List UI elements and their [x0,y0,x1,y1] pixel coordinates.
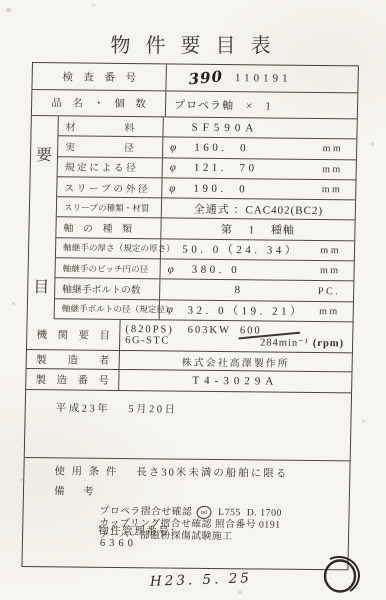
phi-symbol: φ [170,162,176,174]
spec-value: 第 1 種軸 [161,221,354,239]
manufacturer-label: 製 造 者 [27,350,120,369]
spec-row-label: 軸継手ボルトの径（規定径） [55,299,160,319]
issue-date-section: 平成23年 5月20日 [25,390,351,461]
management-number-value: 6360 [100,538,137,549]
inspection-number-cell: 390 110191 [166,64,358,92]
spec-side-label-bottom: 目 [33,274,49,297]
spec-rows: 材 料 SF590A 実 径 φ 160. 0 mm 規 定 に よ る 径 φ [55,116,357,322]
spec-value: 全通式 ：CAC402(BC2) [162,200,355,218]
spec-row-label: 軸継手ボルトの数 [55,279,160,299]
engine-model: 6G-STC [125,335,170,347]
spec-row-label: 軸継手の厚さ（規定の厚さ） [56,238,161,258]
hand-drawn-circle-stamp [316,547,372,599]
unit-label: mm [322,184,356,195]
scan-speck [362,420,365,423]
engine-spec-label: 機 関 要 目 [27,319,121,350]
scan-speck [92,4,95,6]
spec-row-label: 規 定 に よ る 径 [58,157,163,177]
item-name-row: 品 名 ・ 個 数 プロペラ軸 × 1 [32,90,357,119]
handwritten-date: H23. 5. 25 [150,570,252,590]
scan-speck [238,591,242,594]
spec-side-label-top: 要 [36,142,52,165]
engine-spec-row: 機 関 要 目 (820PS) 603KW 600 6G-STC 284min⁻… [27,319,353,353]
handwritten-inspection-number: 390 [188,67,224,88]
spec-row-label: 実 径 [58,137,163,157]
engine-rpm-value: 284min⁻¹ [260,337,309,349]
management-number-line: 物件管理番号： 6360 [65,511,183,560]
usage-conditions-value: 長さ30米未満の船舶に限る [136,464,288,481]
spec-value: 50. 0（24. 34） [161,241,321,259]
unit-label: PC. [318,286,353,297]
item-name-cell: プロペラ軸 × 1 [166,91,357,118]
phi-symbol: φ [169,182,175,194]
inspection-number-label: 検 査 番 号 [32,63,167,90]
scan-speck [6,8,11,12]
scan-speck [12,302,15,305]
remarks-label: 備 考 [54,483,98,498]
inspection-number-value: 110191 [235,72,292,85]
usage-conditions-label: 使 用 条 件 [54,463,118,479]
management-number-label: 物件管理番号： [98,526,182,538]
serial-number-label: 製 造 番 号 [26,369,119,390]
spec-value: 8 [160,283,318,297]
spec-value: 121. 70 [194,162,258,175]
spec-side-strip: 要 目 [28,116,59,319]
serial-number-value: T4-3029A [119,374,351,388]
unit-label: mm [320,265,354,276]
spec-value: SF590A [192,121,259,134]
spec-row-label: スリーブの種類・材質 [57,197,162,217]
spec-value: 190. 0 [193,182,248,195]
phi-symbol: φ [168,263,174,275]
issue-date: 平成23年 5月20日 [56,400,178,416]
engine-rpm-unit: (rpm) [313,338,344,349]
stamp-mark-icon: oo [196,505,212,520]
item-name-label: 品 名 ・ 個 数 [32,90,166,116]
phi-symbol: φ [170,141,176,153]
unit-label: mm [320,245,354,256]
spec-value: 32. 0（19. 21） [173,302,320,320]
spec-row-label: 軸継手のピッチ円の径 [55,258,160,278]
spec-value: 160. 0 [194,142,249,155]
unit-label: mm [322,164,356,175]
page-title: 物 件 要 目 表 [0,29,386,58]
spec-value: 380. 0 [192,263,241,276]
scan-speck [371,142,374,146]
spec-block: 要 目 材 料 SF590A 実 径 φ 160. 0 mm [28,116,357,322]
manufacturer-value: 株式会社高澤製作所 [120,352,352,369]
unit-label: mm [319,306,353,317]
item-name-value: プロペラ軸 × 1 [174,96,272,113]
engine-spec-cell: (820PS) 603KW 600 6G-STC 284min⁻¹(rpm) [120,320,353,352]
unit-label: mm [322,144,356,155]
conditions-remarks-section: 使 用 条 件 長さ30米未満の船舶に限る 備 考 プロペラ摺合せ確認 oo L… [22,458,349,569]
inspection-number-row: 検 査 番 号 390 110191 [32,63,357,93]
usage-conditions-line: 使 用 条 件 長さ30米未満の船舶に限る [54,463,288,480]
spec-table: 検 査 番 号 390 110191 品 名 ・ 個 数 プロペラ軸 × 1 要… [21,62,359,570]
spec-row-label: 材 料 [58,116,163,136]
spec-row-label: 軸 の 種 類 [56,218,161,238]
spec-row-label: ス リ ー ブ の 外 径 [57,177,162,197]
